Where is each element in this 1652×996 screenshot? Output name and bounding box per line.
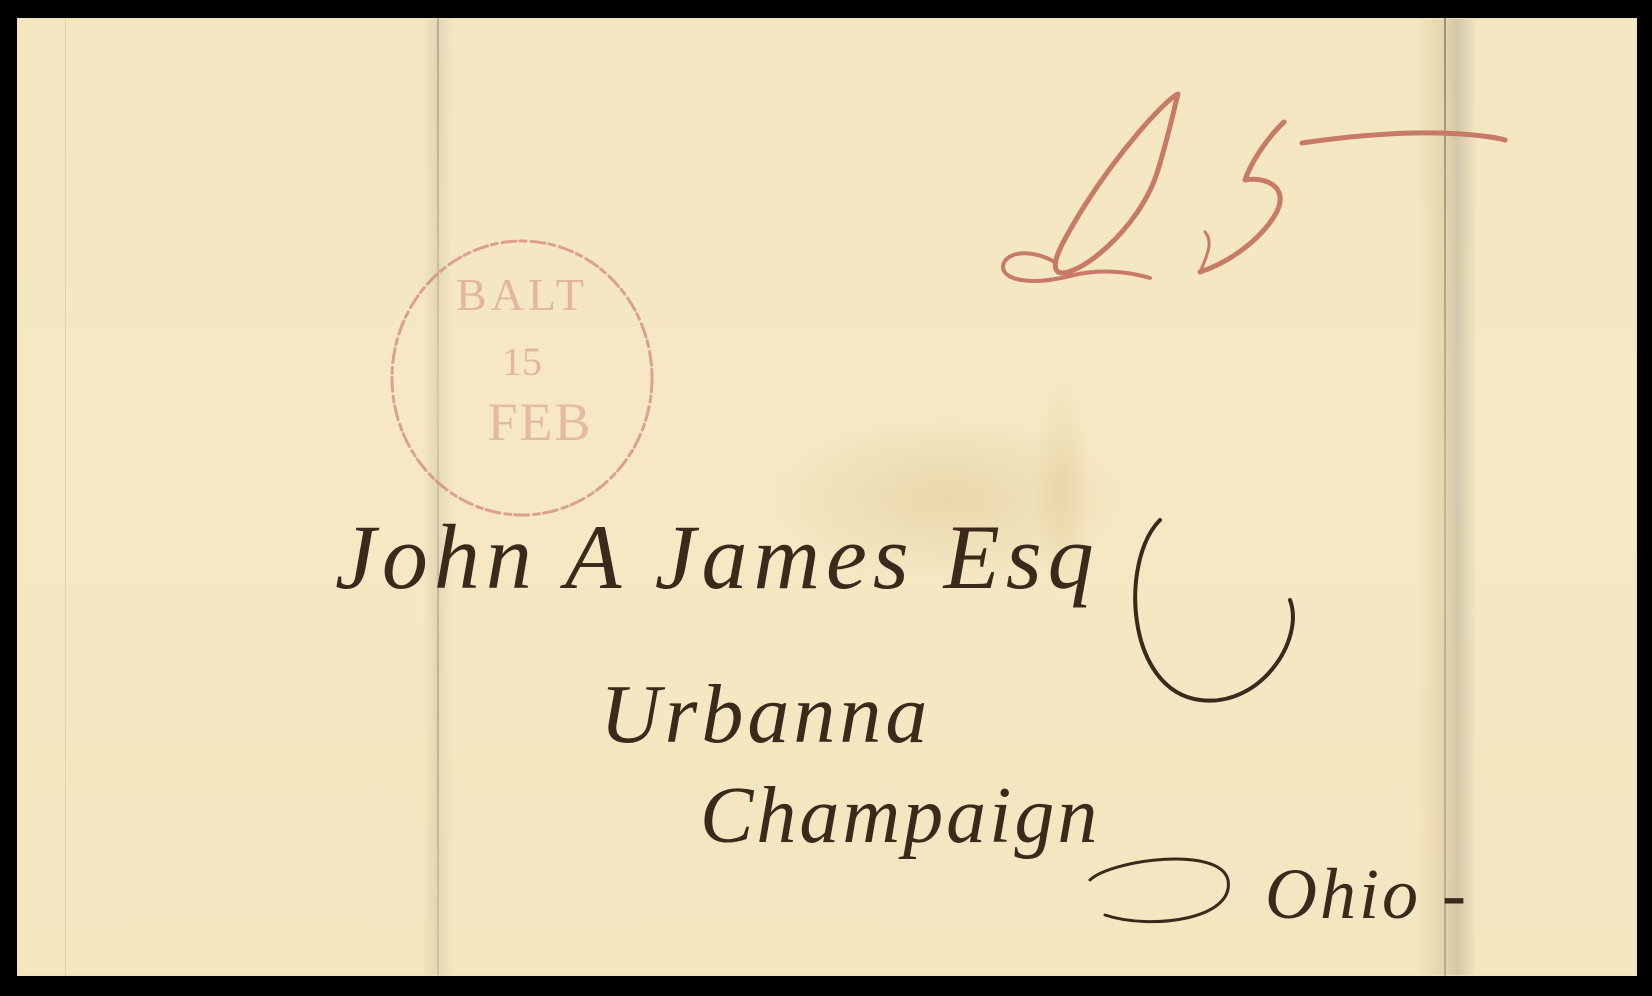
address-block: John A James Esq Urbanna Champaign Ohio … [335, 506, 1469, 934]
address-line-state: Ohio - [1265, 854, 1469, 934]
postmark-month: FEB [487, 392, 592, 452]
rate-marking [1003, 94, 1505, 281]
postmark-day: 15 [502, 339, 542, 384]
postmark-town: BALT [456, 269, 588, 320]
scan-stage: BALT 15 FEB John A James Esq Urbanna Cha… [0, 0, 1652, 996]
address-line-name: John A James Esq [335, 506, 1100, 608]
ink-layer: BALT 15 FEB John A James Esq Urbanna Cha… [0, 0, 1652, 996]
address-flourishes [1090, 520, 1293, 922]
address-line-town: Urbanna [600, 668, 931, 761]
postmark: BALT 15 FEB [392, 241, 652, 515]
address-line-county: Champaign [700, 772, 1100, 860]
